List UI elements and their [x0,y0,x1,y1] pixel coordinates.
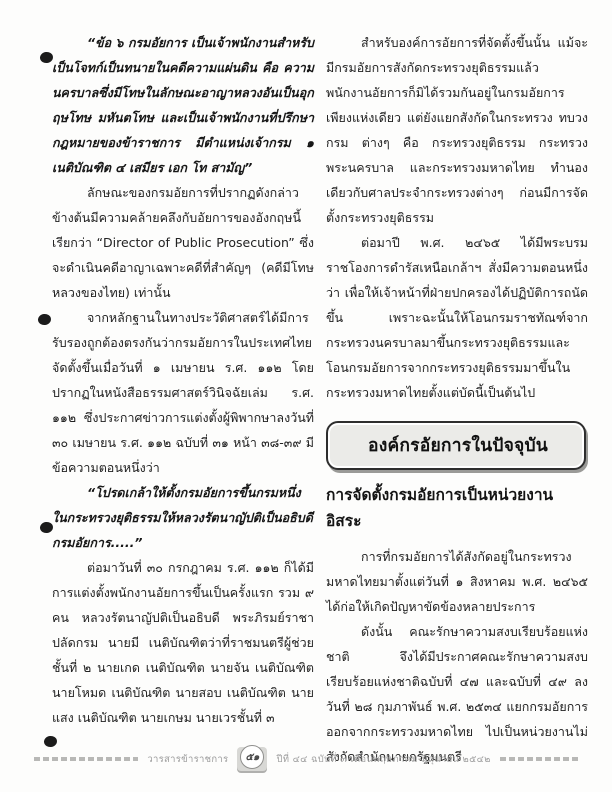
page-number: ๕๑ [240,745,264,769]
ink-dot-mark [37,313,51,326]
page-number-badge: ๕๑ [237,747,267,771]
quote-paragraph-article6: “ข้อ ๖ กรมอัยการ เป็นเจ้าพนักงานสำหรับเป… [52,30,314,180]
paragraph-org-affiliation: สำหรับองค์การอัยการที่จัดตั้งขึ้นนั้น แม… [326,30,588,230]
paragraph-royal-command-2465: ต่อมาปี พ.ศ. ๒๔๖๕ ได้มีพระบรมราชโองการดำ… [326,230,588,405]
footer-right-rule [500,757,578,761]
journal-name: วารสารข้าราชการ [147,752,228,767]
page-footer: วารสารข้าราชการ ๕๑ ปีที่ ๔๔ ฉบับที่ ๓ เด… [0,746,612,772]
paragraph-first-appointments: ต่อมาวันที่ ๓๐ กรกฎาคม ร.ศ. ๑๑๒ ก็ได้มีก… [52,555,314,730]
footer-left-rule [34,757,138,761]
paragraph-prosecution-comparison: ลักษณะของกรมอัยการที่ปรากฏดังกล่าวข้างต้… [52,180,314,305]
section-banner: องค์กรอัยการในปัจจุบัน [326,421,586,470]
left-column: “ข้อ ๖ กรมอัยการ เป็นเจ้าพนักงานสำหรับเป… [52,30,314,769]
section-subheading: การจัดตั้งกรมอัยการเป็นหน่วยงานอิสระ [326,482,588,534]
issue-info: ปีที่ ๔๔ ฉบับที่ ๓ เดือนพฤษภาคม-มิถุนายน… [276,752,490,767]
paragraph-historical-evidence: จากหลักฐานในทางประวัติศาสตร์ได้มีการรับร… [52,305,314,480]
right-column: สำหรับองค์การอัยการที่จัดตั้งขึ้นนั้น แม… [326,30,588,769]
quote-paragraph-royal-decree: “โปรดเกล้าให้ตั้งกรมอัยการขึ้นกรมหนึ่งใน… [52,480,314,555]
paragraph-interior-ministry-problems: การที่กรมอัยการได้สังกัดอยู่ในกระทรวงมหา… [326,544,588,619]
two-column-text-area: “ข้อ ๖ กรมอัยการ เป็นเจ้าพนักงานสำหรับเป… [52,30,588,769]
journal-page: “ข้อ ๖ กรมอัยการ เป็นเจ้าพนักงานสำหรับเป… [0,0,612,792]
